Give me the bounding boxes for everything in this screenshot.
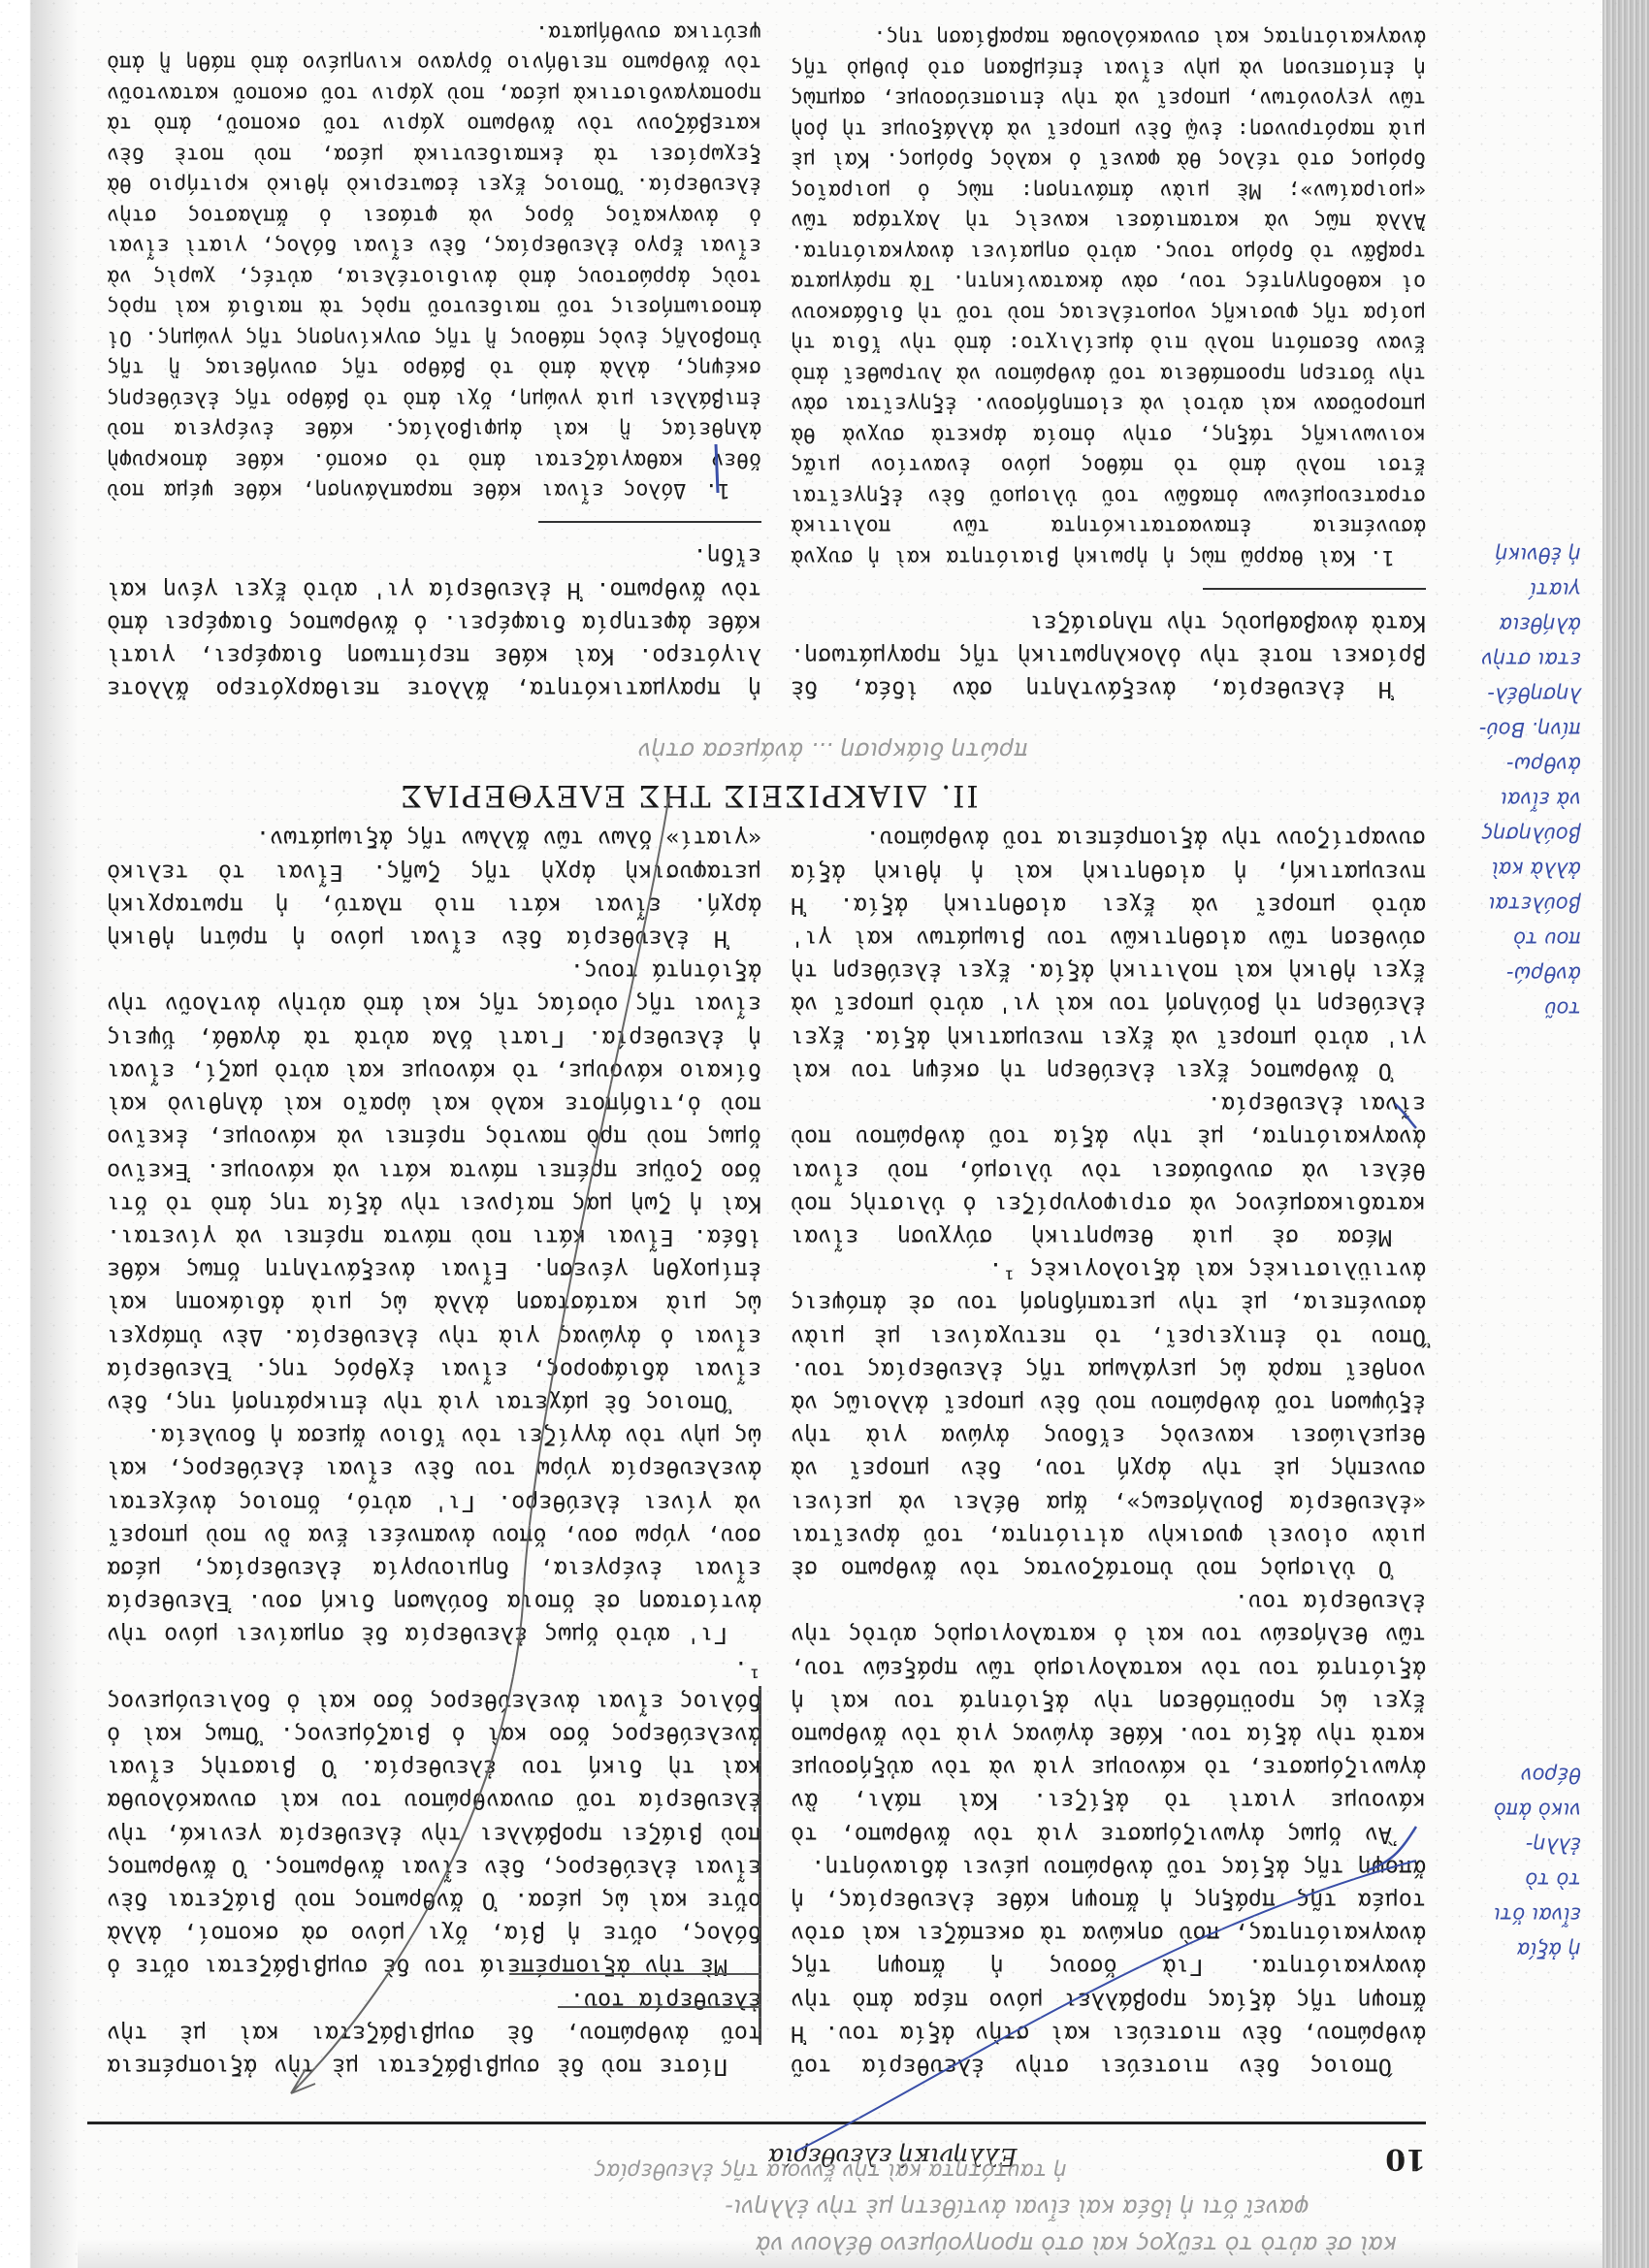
arrow-icon [1395, 1104, 1416, 1128]
pen-arrow-icon [795, 1861, 1416, 2152]
pen-arrows [0, 0, 1649, 2268]
scanned-page: 10 Ελληνική ελευθερία Όποιος δὲν πιστεύε… [0, 0, 1649, 2268]
arrow-icon [1368, 1827, 1416, 1870]
pen-mark-icon [716, 444, 718, 493]
pencil-arrow-icon [291, 794, 669, 2093]
